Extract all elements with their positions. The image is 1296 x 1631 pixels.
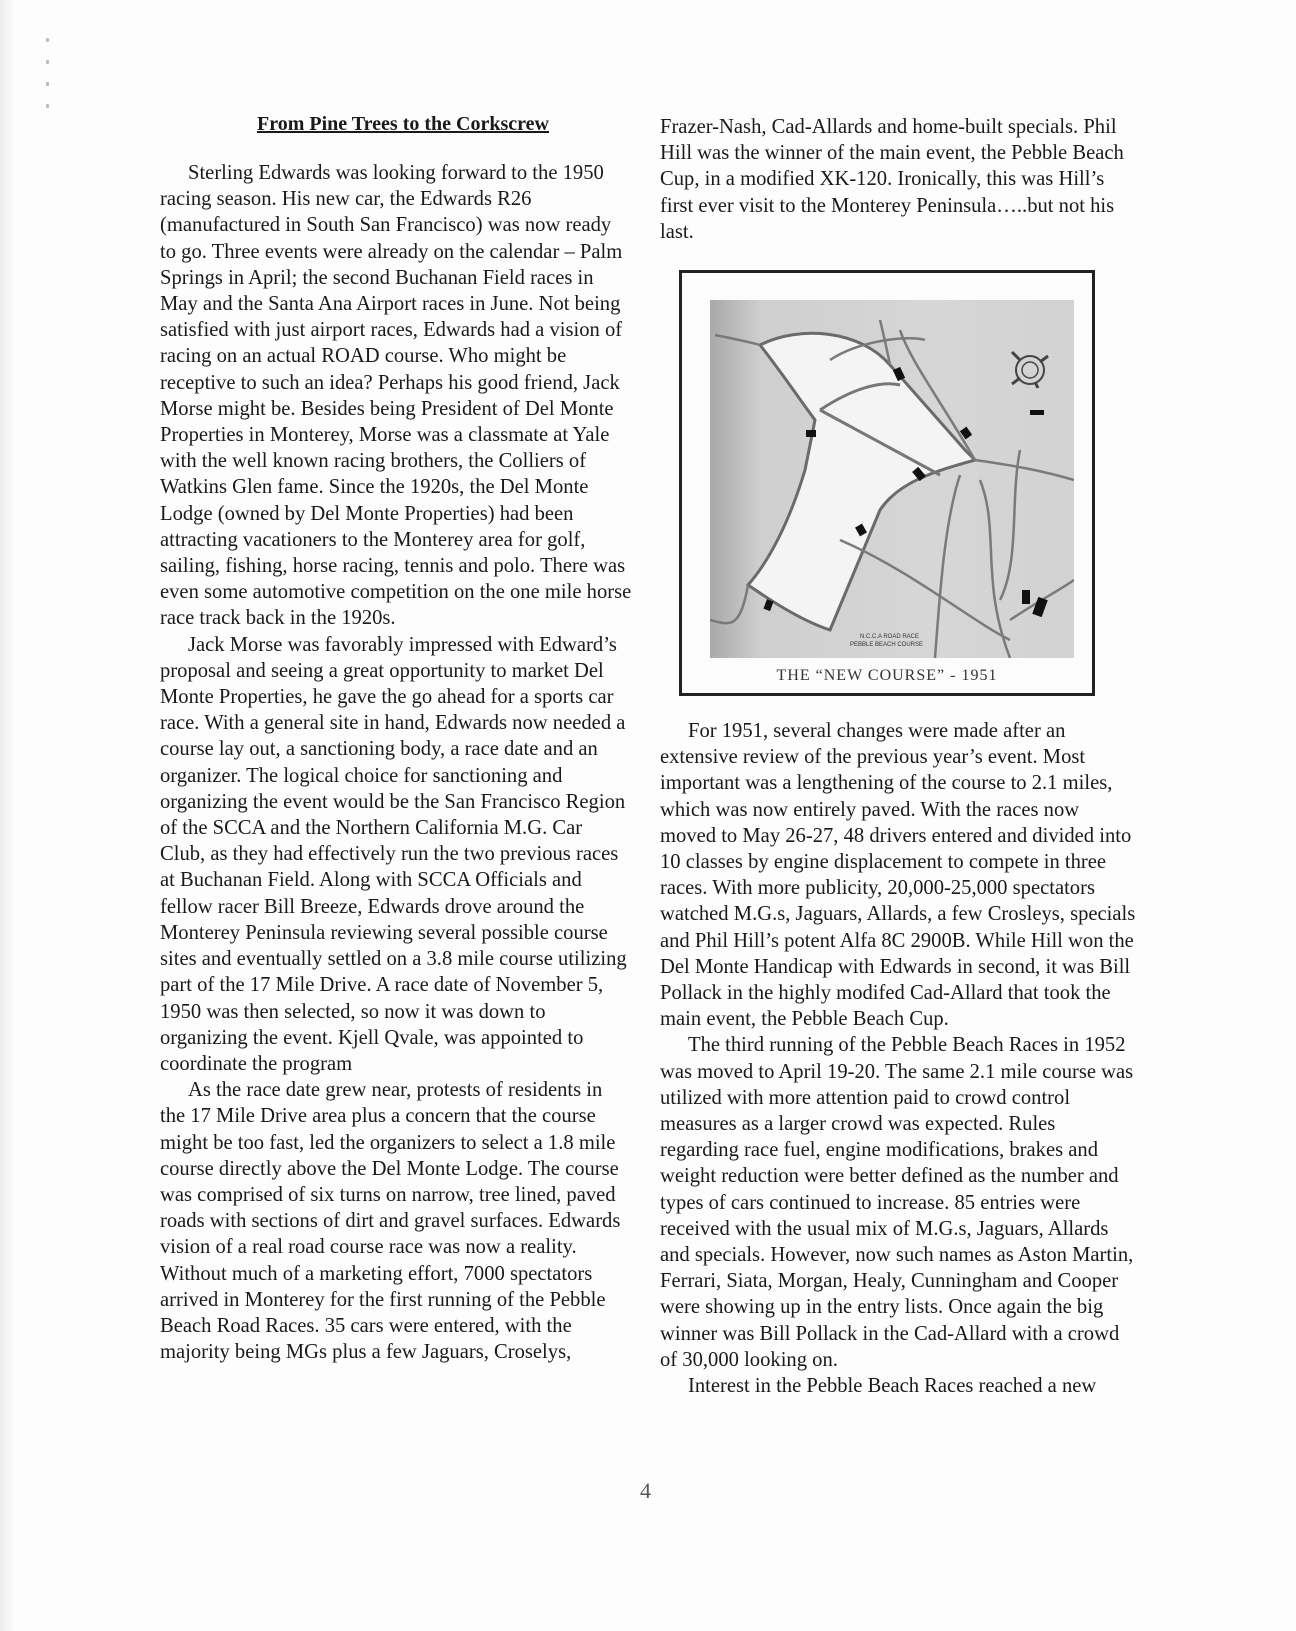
paragraph: Jack Morse was favorably impressed with … <box>160 632 632 1077</box>
right-column-top: Frazer-Nash, Cad-Allards and home-built … <box>660 114 1138 245</box>
figure-caption: THE “NEW COURSE” - 1951 <box>682 667 1092 685</box>
article-title: From Pine Trees to the Corkscrew <box>160 112 632 136</box>
paragraph: The third running of the Pebble Beach Ra… <box>660 1032 1138 1373</box>
map-label-line2: PEBBLE BEACH COURSE <box>850 642 923 648</box>
paragraph-continued: Frazer-Nash, Cad-Allards and home-built … <box>660 114 1138 245</box>
paragraph: As the race date grew near, protests of … <box>160 1077 632 1365</box>
right-column: For 1951, several changes were made afte… <box>660 718 1138 1399</box>
course-map-image: N.C.C.A ROAD RACE PEBBLE BEACH COURSE <box>710 300 1074 658</box>
scan-edge-shadow <box>0 0 14 1631</box>
scan-specks <box>46 38 52 118</box>
paragraph: For 1951, several changes were made afte… <box>660 718 1138 1032</box>
page-number: 4 <box>640 1478 651 1504</box>
left-column: From Pine Trees to the Corkscrew Sterlin… <box>160 112 632 1365</box>
paragraph: Interest in the Pebble Beach Races reach… <box>660 1373 1138 1399</box>
course-map-drawing: N.C.C.A ROAD RACE PEBBLE BEACH COURSE <box>710 300 1074 658</box>
paragraph: Sterling Edwards was looking forward to … <box>160 160 632 632</box>
course-map-figure: N.C.C.A ROAD RACE PEBBLE BEACH COURSE TH… <box>679 270 1095 696</box>
map-label-line1: N.C.C.A ROAD RACE <box>860 634 919 640</box>
